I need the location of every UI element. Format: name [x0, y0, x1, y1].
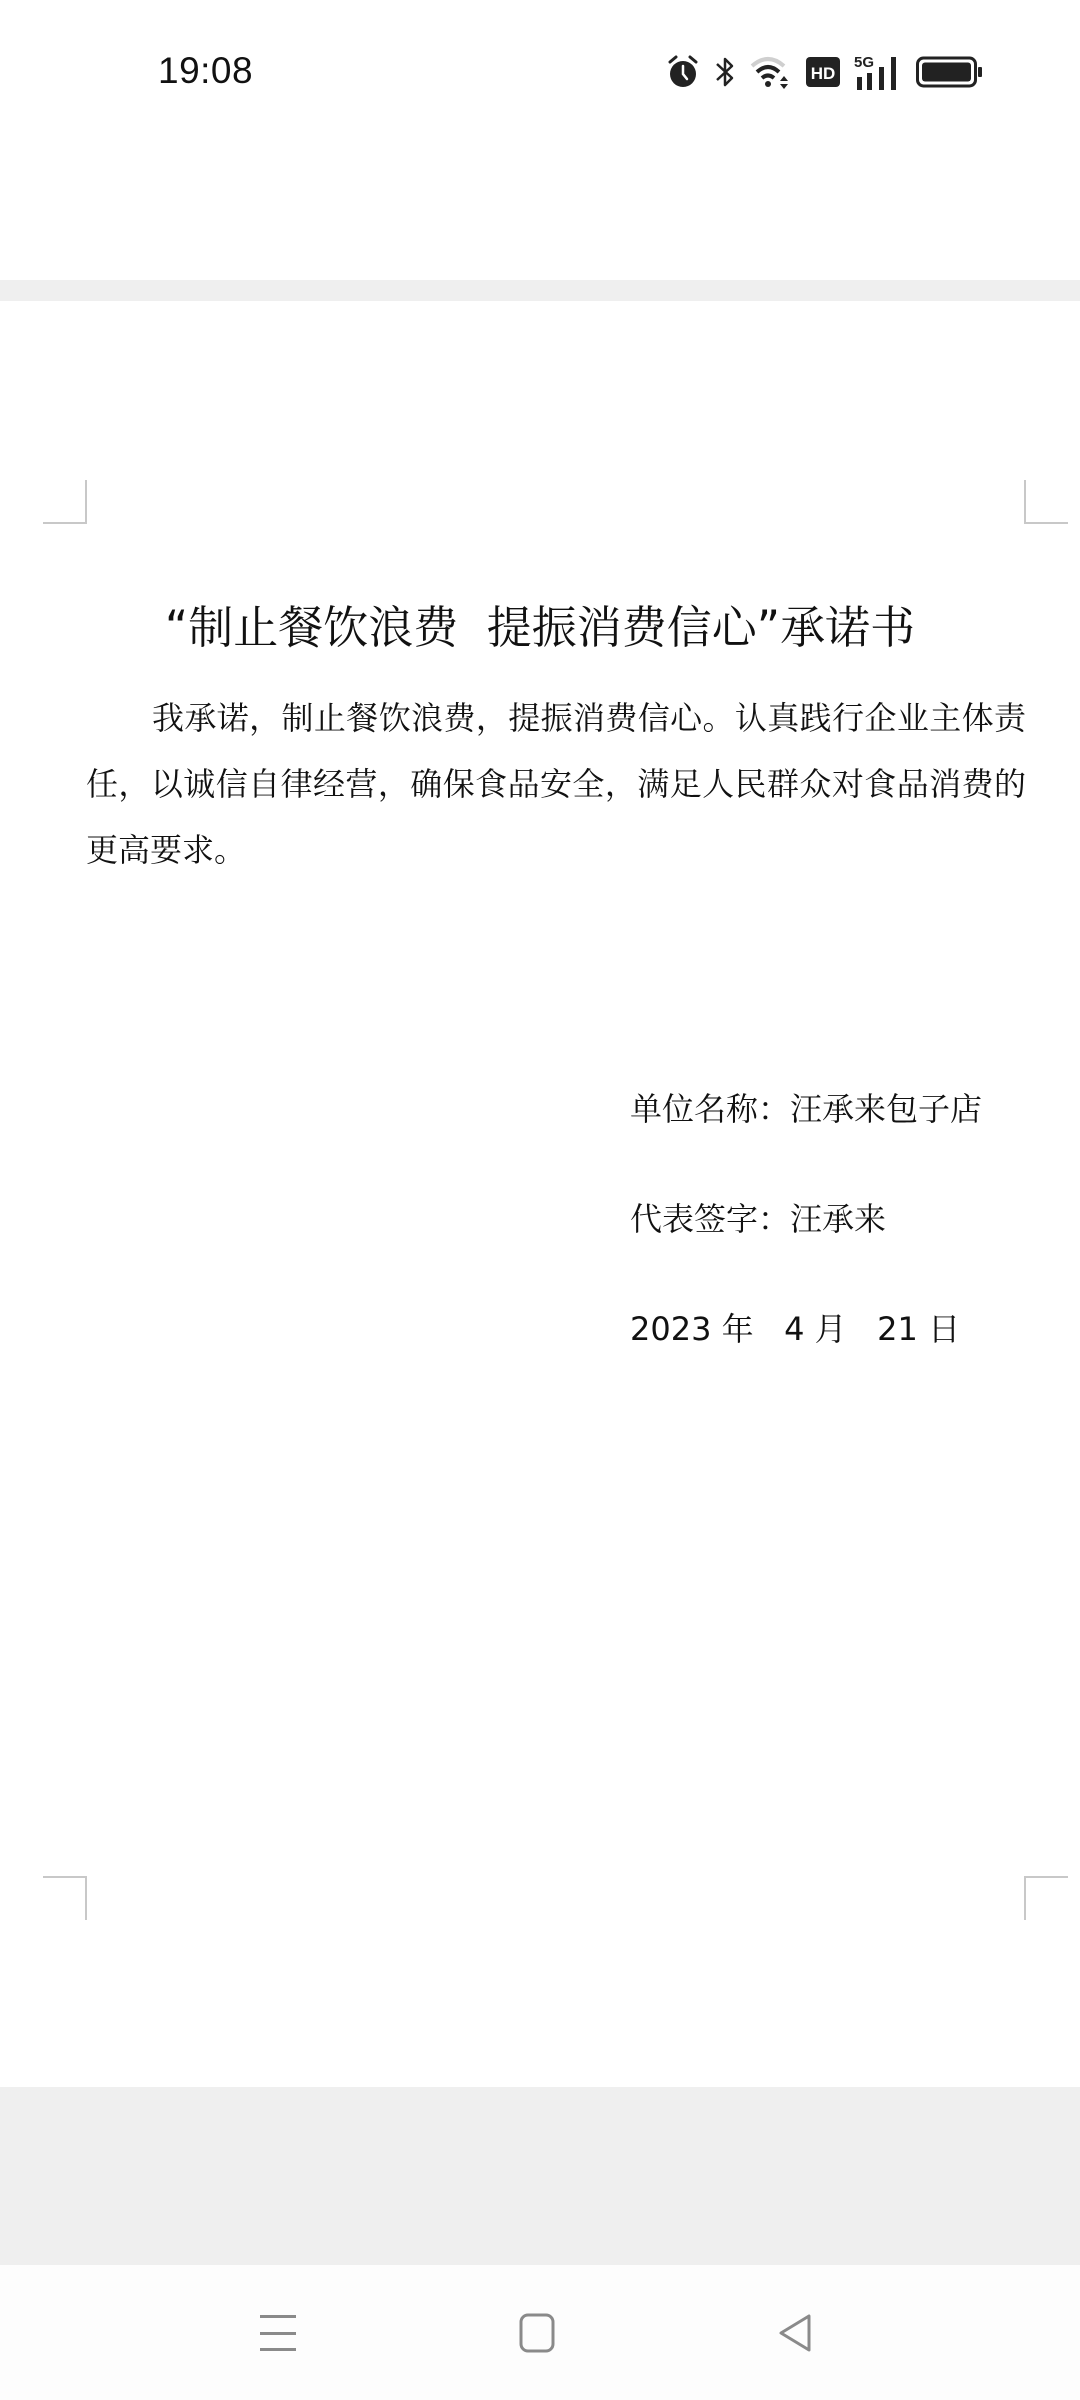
status-icons: HD 5G [666, 52, 984, 92]
unit-name-label: 单位名称： [630, 1090, 790, 1128]
margin-corner-mark [43, 480, 87, 524]
hd-icon: HD [806, 57, 840, 87]
margin-corner-mark [1024, 1876, 1068, 1920]
wifi-icon [750, 54, 792, 90]
home-button[interactable] [507, 2315, 567, 2355]
back-button[interactable] [765, 2315, 825, 2355]
unit-name-value: 汪承来包子店 [790, 1090, 982, 1128]
app-toolbar-area [0, 140, 1080, 280]
status-time: 19:08 [158, 50, 253, 92]
recent-apps-button[interactable] [248, 2315, 308, 2355]
svg-text:5G: 5G [854, 54, 874, 71]
representative-value: 汪承来 [790, 1200, 886, 1238]
signature-block: 单位名称：汪承来包子店 代表签字：汪承来 2023 年 4 月 21 日 [630, 1089, 982, 1419]
margin-corner-mark [43, 1876, 87, 1920]
document-page[interactable]: “制止餐饮浪费 提振消费信心”承诺书 我承诺，制止餐饮浪费，提振消费信心。认真践… [0, 301, 1080, 2087]
page-separator-bottom [0, 2087, 1080, 2265]
representative-line: 代表签字：汪承来 [630, 1199, 982, 1309]
unit-name-line: 单位名称：汪承来包子店 [630, 1089, 982, 1199]
system-nav-bar [0, 2265, 1080, 2400]
alarm-icon [666, 54, 700, 90]
battery-icon [916, 56, 984, 88]
back-icon [777, 2313, 813, 2357]
home-icon [519, 2313, 555, 2357]
margin-corner-mark [1024, 480, 1068, 524]
status-bar: 19:08 HD [0, 0, 1080, 140]
representative-label: 代表签字： [630, 1200, 790, 1238]
5g-signal-icon: 5G [854, 53, 902, 91]
page-separator-top [0, 280, 1080, 301]
document-body-paragraph: 我承诺，制止餐饮浪费，提振消费信心。认真践行企业主体责任，以诚信自律经营，确保食… [86, 685, 1026, 883]
signature-date: 2023 年 4 月 21 日 [630, 1309, 982, 1419]
document-title: “制止餐饮浪费 提振消费信心”承诺书 [0, 591, 1080, 656]
svg-text:HD: HD [811, 64, 836, 83]
bluetooth-icon [714, 54, 736, 90]
menu-icon [260, 2313, 296, 2357]
